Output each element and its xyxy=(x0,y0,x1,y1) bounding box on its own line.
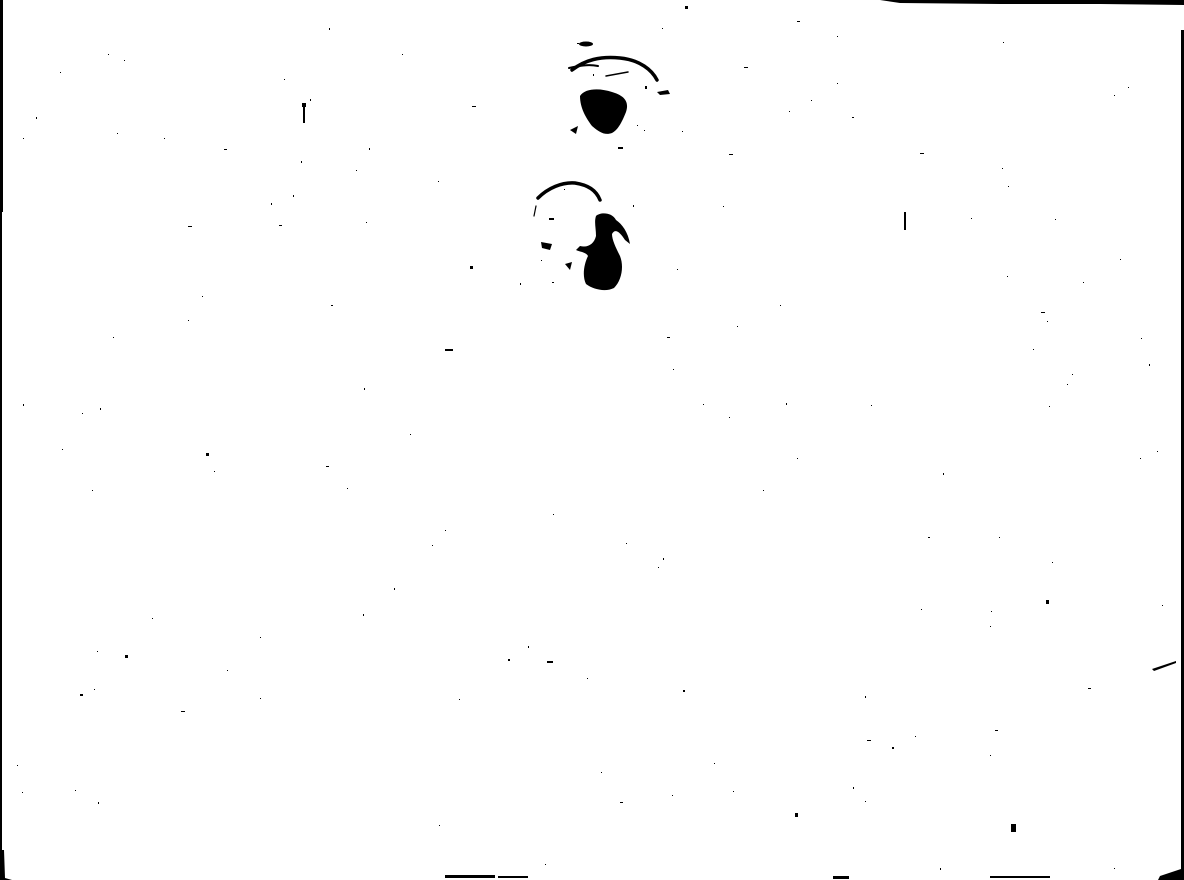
lower-object xyxy=(470,183,630,290)
upper-object xyxy=(569,42,670,150)
binarized-photo xyxy=(0,0,1184,880)
speckle-noise xyxy=(17,21,1163,870)
isolated-marks xyxy=(125,6,1049,832)
edge-artifacts xyxy=(0,0,1184,880)
